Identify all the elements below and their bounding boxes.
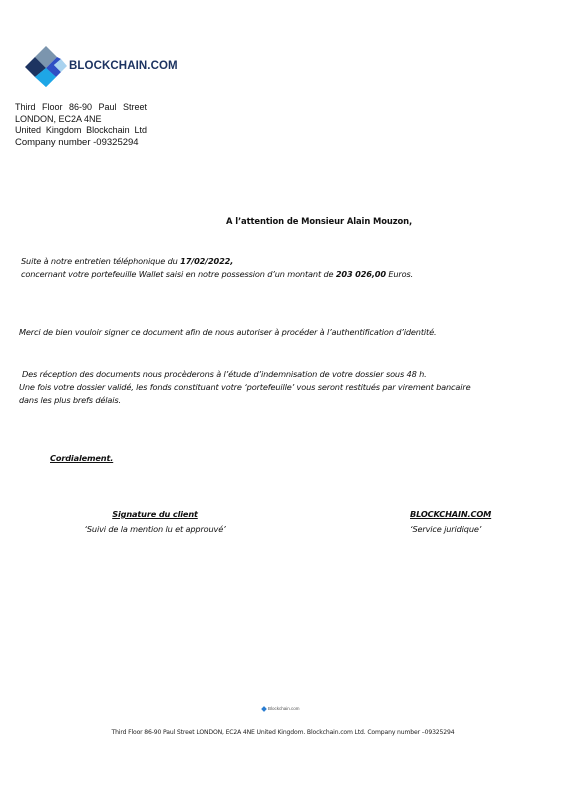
currency: Euros.	[386, 269, 413, 279]
process-line: dans les plus brefs délais.	[19, 394, 471, 407]
call-date: 17/02/2022,	[180, 256, 233, 266]
logo-text: BLOCKCHAIN.COM	[69, 60, 178, 72]
company-number: Company number -09325294	[15, 137, 147, 149]
company-address: Third Floor 86-90 Paul Street LONDON, EC…	[15, 102, 147, 148]
attention-line: A l’attention de Monsieur Alain Mouzon,	[226, 216, 412, 226]
intro-text: Suite à notre entretien téléphonique du	[21, 256, 180, 266]
signature-client-title: Signature du client	[60, 508, 250, 521]
footer-logo: Blockchain.com	[262, 706, 300, 711]
process-line: Une fois votre dossier validé, les fonds…	[19, 381, 471, 394]
blockchain-diamond-icon	[24, 44, 68, 88]
paragraph-intro: Suite à notre entretien téléphonique du …	[21, 255, 413, 281]
address-line: LONDON, EC2A 4NE	[15, 114, 147, 126]
amount: 203 026,00	[336, 269, 386, 279]
address-line: Third Floor 86-90 Paul Street	[15, 102, 147, 114]
signature-company-title: BLOCKCHAIN.COM	[410, 508, 491, 521]
footer-logo-text: Blockchain.com	[268, 706, 300, 711]
paragraph-process: Des réception des documents nous procède…	[19, 368, 471, 407]
paragraph-request: Merci de bien vouloir signer ce document…	[19, 326, 436, 339]
address-line: United Kingdom Blockchain Ltd	[15, 125, 147, 137]
footer-address: Third Floor 86-90 Paul Street LONDON, EC…	[0, 729, 566, 736]
signature-client: Signature du client ‘Suivi de la mention…	[60, 508, 250, 536]
signature-client-subtitle: ‘Suivi de la mention lu et approuvé’	[60, 523, 250, 536]
process-line: Des réception des documents nous procède…	[19, 368, 471, 381]
blockchain-diamond-icon	[261, 706, 267, 712]
signature-company-subtitle: ‘Service juridique’	[410, 523, 491, 536]
company-logo: BLOCKCHAIN.COM	[24, 44, 174, 88]
signature-company: BLOCKCHAIN.COM ‘Service juridique’	[410, 508, 491, 536]
closing: Cordialement.	[50, 452, 113, 465]
wallet-text: concernant votre portefeuille Wallet sai…	[21, 269, 336, 279]
